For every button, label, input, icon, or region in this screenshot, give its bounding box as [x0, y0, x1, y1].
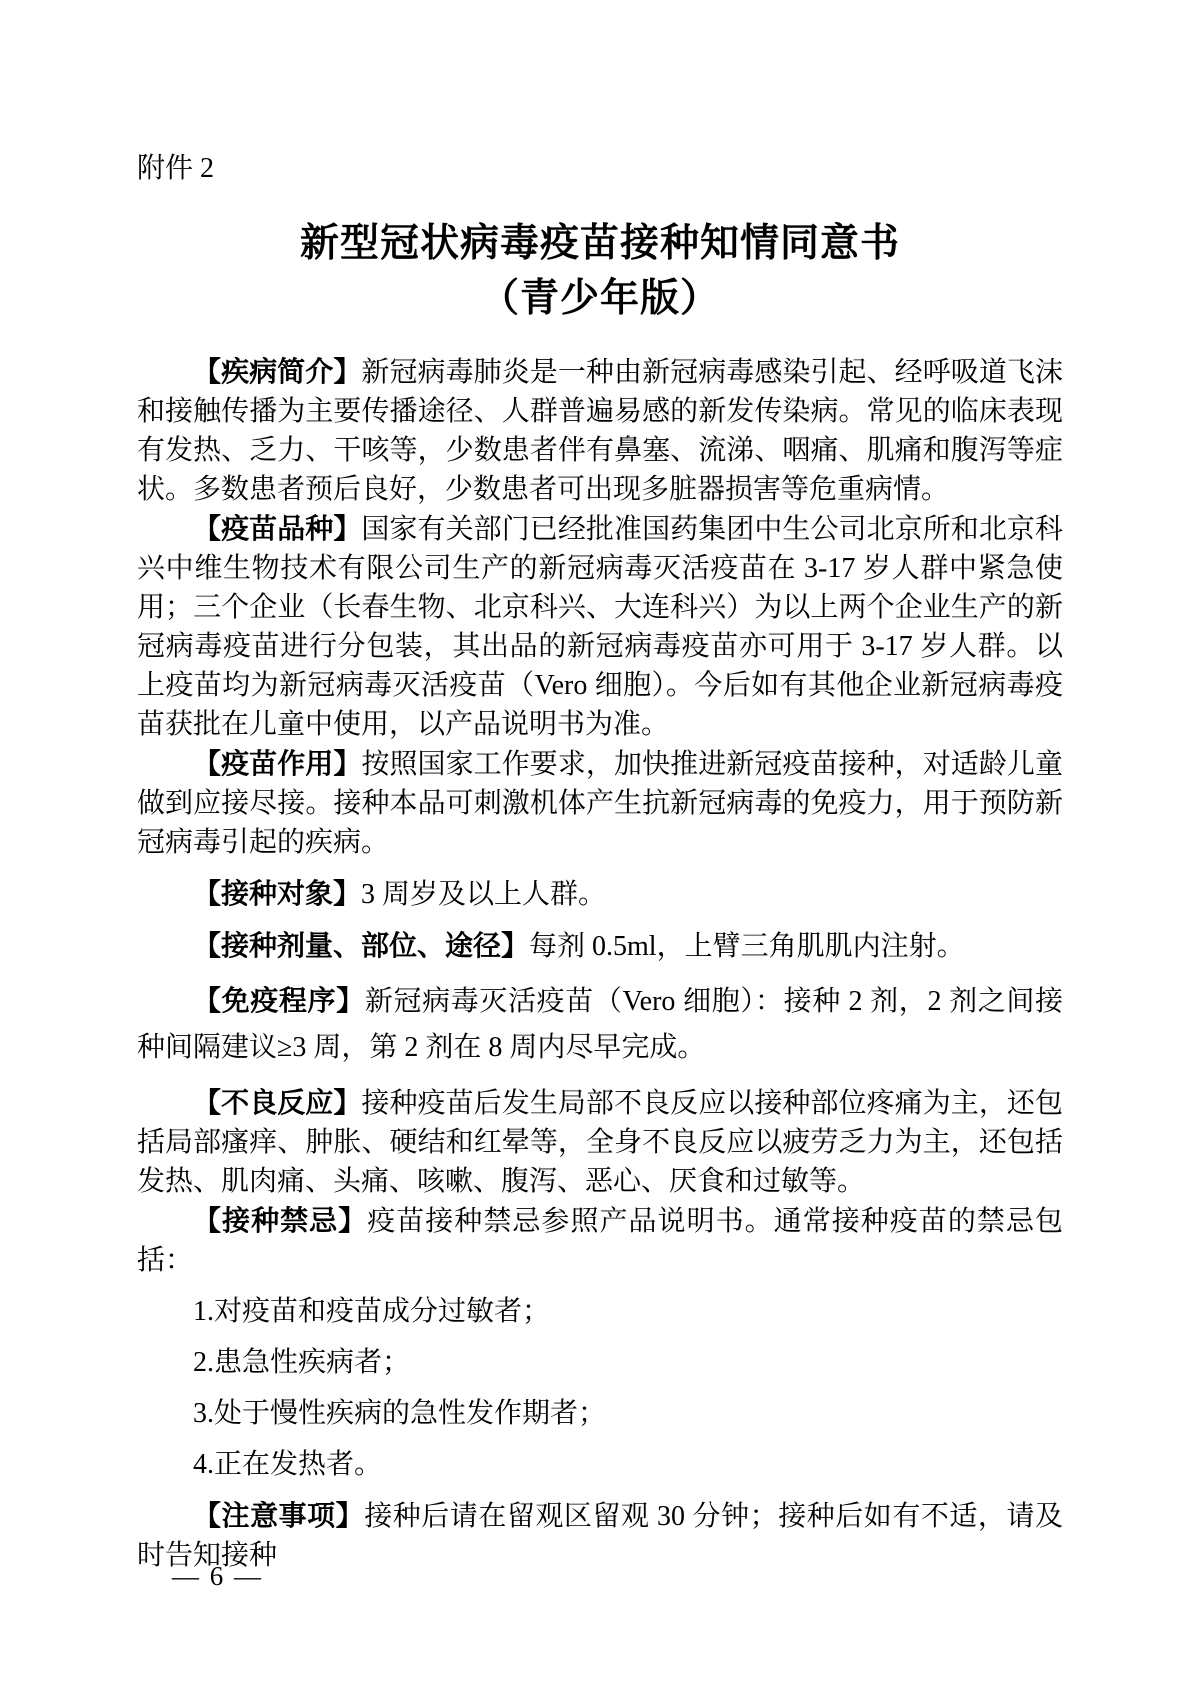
paragraph-disease-intro: 【疾病简介】新冠病毒肺炎是一种由新冠病毒感染引起、经呼吸道飞沫和接触传播为主要传… — [137, 352, 1063, 509]
section-header: 【接种对象】 — [193, 878, 361, 909]
paragraph-vaccine-effect: 【疫苗作用】按照国家工作要求，加快推进新冠疫苗接种，对适龄儿童做到应接尽接。接种… — [137, 744, 1063, 862]
paragraph-vaccine-types: 【疫苗品种】国家有关部门已经批准国药集团中生公司北京所和北京科兴中维生物技术有限… — [137, 509, 1063, 744]
list-item-3: 3.处于慢性疾病的急性发作期者； — [137, 1394, 1063, 1433]
paragraph-immunization-schedule: 【免疫程序】新冠病毒灭活疫苗（Vero 细胞）：接种 2 剂，2 剂之间接种间隔… — [137, 978, 1063, 1071]
page-number: — 6 — — [172, 1561, 263, 1592]
list-item-4: 4.正在发热者。 — [137, 1445, 1063, 1484]
list-item-1: 1.对疫苗和疫苗成分过敏者； — [137, 1292, 1063, 1331]
list-item-text: 2.患急性疾病者； — [193, 1347, 410, 1378]
list-item-text: 3.处于慢性疾病的急性发作期者； — [193, 1398, 606, 1429]
section-header: 【注意事项】 — [193, 1500, 364, 1531]
paragraph-dose-route: 【接种剂量、部位、途径】每剂 0.5ml，上臂三角肌肌内注射。 — [137, 926, 1063, 966]
section-header: 【疫苗品种】 — [193, 513, 361, 544]
paragraph-adverse-reactions: 【不良反应】接种疫苗后发生局部不良反应以接种部位疼痛为主，还包括局部瘙痒、肿胀、… — [137, 1083, 1063, 1201]
document-subtitle: （青少年版） — [137, 271, 1063, 326]
list-item-text: 4.正在发热者。 — [193, 1449, 382, 1480]
section-header: 【接种剂量、部位、途径】 — [193, 930, 529, 961]
document-title: 新型冠状病毒疫苗接种知情同意书 — [137, 216, 1063, 271]
section-header: 【疾病简介】 — [193, 356, 361, 387]
paragraph-contraindications: 【接种禁忌】疫苗接种禁忌参照产品说明书。通常接种疫苗的禁忌包括： — [137, 1201, 1063, 1280]
paragraph-text: 每剂 0.5ml，上臂三角肌肌内注射。 — [529, 931, 965, 962]
paragraph-target-group: 【接种对象】3 周岁及以上人群。 — [137, 874, 1063, 914]
paragraph-precautions: 【注意事项】接种后请在留观区留观 30 分钟；接种后如有不适，请及时告知接种 — [137, 1496, 1063, 1575]
section-header: 【免疫程序】 — [193, 985, 365, 1016]
paragraph-text: 国家有关部门已经批准国药集团中生公司北京所和北京科兴中维生物技术有限公司生产的新… — [137, 514, 1063, 740]
list-item-2: 2.患急性疾病者； — [137, 1343, 1063, 1382]
section-header: 【不良反应】 — [193, 1087, 361, 1118]
document-body: 【疾病简介】新冠病毒肺炎是一种由新冠病毒感染引起、经呼吸道飞沫和接触传播为主要传… — [137, 352, 1063, 1575]
section-header: 【疫苗作用】 — [193, 748, 361, 779]
section-header: 【接种禁忌】 — [193, 1205, 367, 1236]
attachment-label: 附件 2 — [137, 152, 1063, 186]
document-page: 附件 2 新型冠状病毒疫苗接种知情同意书 （青少年版） 【疾病简介】新冠病毒肺炎… — [0, 0, 1200, 1696]
paragraph-text: 3 周岁及以上人群。 — [361, 879, 606, 910]
list-item-text: 1.对疫苗和疫苗成分过敏者； — [193, 1296, 550, 1327]
